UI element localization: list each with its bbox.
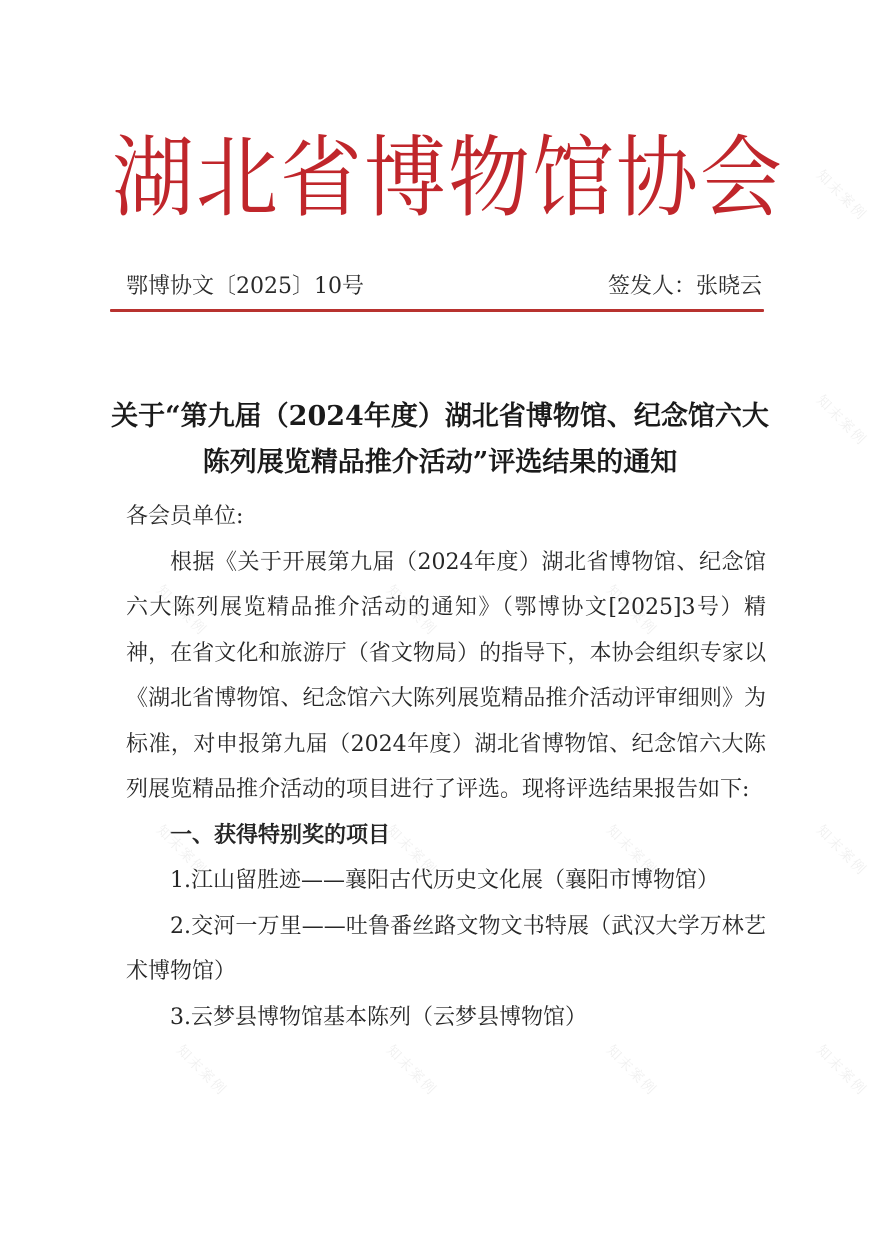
title-line-1: 关于“第九届（2024年度）湖北省博物馆、纪念馆六大 bbox=[110, 394, 770, 440]
document-number: 鄂博协文〔2025〕10号 bbox=[126, 270, 364, 304]
section-heading: 一、获得特别奖的项目 bbox=[126, 813, 766, 859]
document-body: 各会员单位: 根据《关于开展第九届（2024年度）湖北省博物馆、纪念馆六大陈列展… bbox=[126, 494, 766, 1040]
watermark: 知末案例 bbox=[812, 1040, 871, 1099]
watermark: 知末案例 bbox=[382, 1040, 441, 1099]
body-paragraph: 根据《关于开展第九届（2024年度）湖北省博物馆、纪念馆六大陈列展览精品推介活动… bbox=[126, 540, 766, 813]
title-line-2: 陈列展览精品推介活动”评选结果的通知 bbox=[110, 440, 770, 486]
list-item: 1.江山留胜迹——襄阳古代历史文化展（襄阳市博物馆） bbox=[126, 858, 766, 904]
document-title: 关于“第九届（2024年度）湖北省博物馆、纪念馆六大 陈列展览精品推介活动”评选… bbox=[110, 394, 770, 486]
red-divider bbox=[110, 309, 764, 312]
organization-masthead: 湖北省博物馆协会 bbox=[112, 120, 768, 239]
salutation: 各会员单位: bbox=[126, 494, 766, 540]
watermark: 知末案例 bbox=[812, 820, 871, 879]
watermark: 知末案例 bbox=[812, 390, 871, 449]
list-item: 2.交河一万里——吐鲁番丝路文物文书特展（武汉大学万林艺术博物馆） bbox=[126, 904, 766, 995]
watermark: 知末案例 bbox=[602, 1040, 661, 1099]
list-item: 3.云梦县博物馆基本陈列（云梦县博物馆） bbox=[126, 995, 766, 1041]
document-meta-line: 鄂博协文〔2025〕10号 签发人：张晓云 bbox=[126, 270, 762, 304]
document-page: 湖北省博物馆协会 鄂博协文〔2025〕10号 签发人：张晓云 关于“第九届（20… bbox=[0, 0, 880, 1243]
watermark: 知末案例 bbox=[812, 165, 871, 224]
signer: 签发人：张晓云 bbox=[608, 270, 762, 304]
watermark: 知末案例 bbox=[172, 1040, 231, 1099]
